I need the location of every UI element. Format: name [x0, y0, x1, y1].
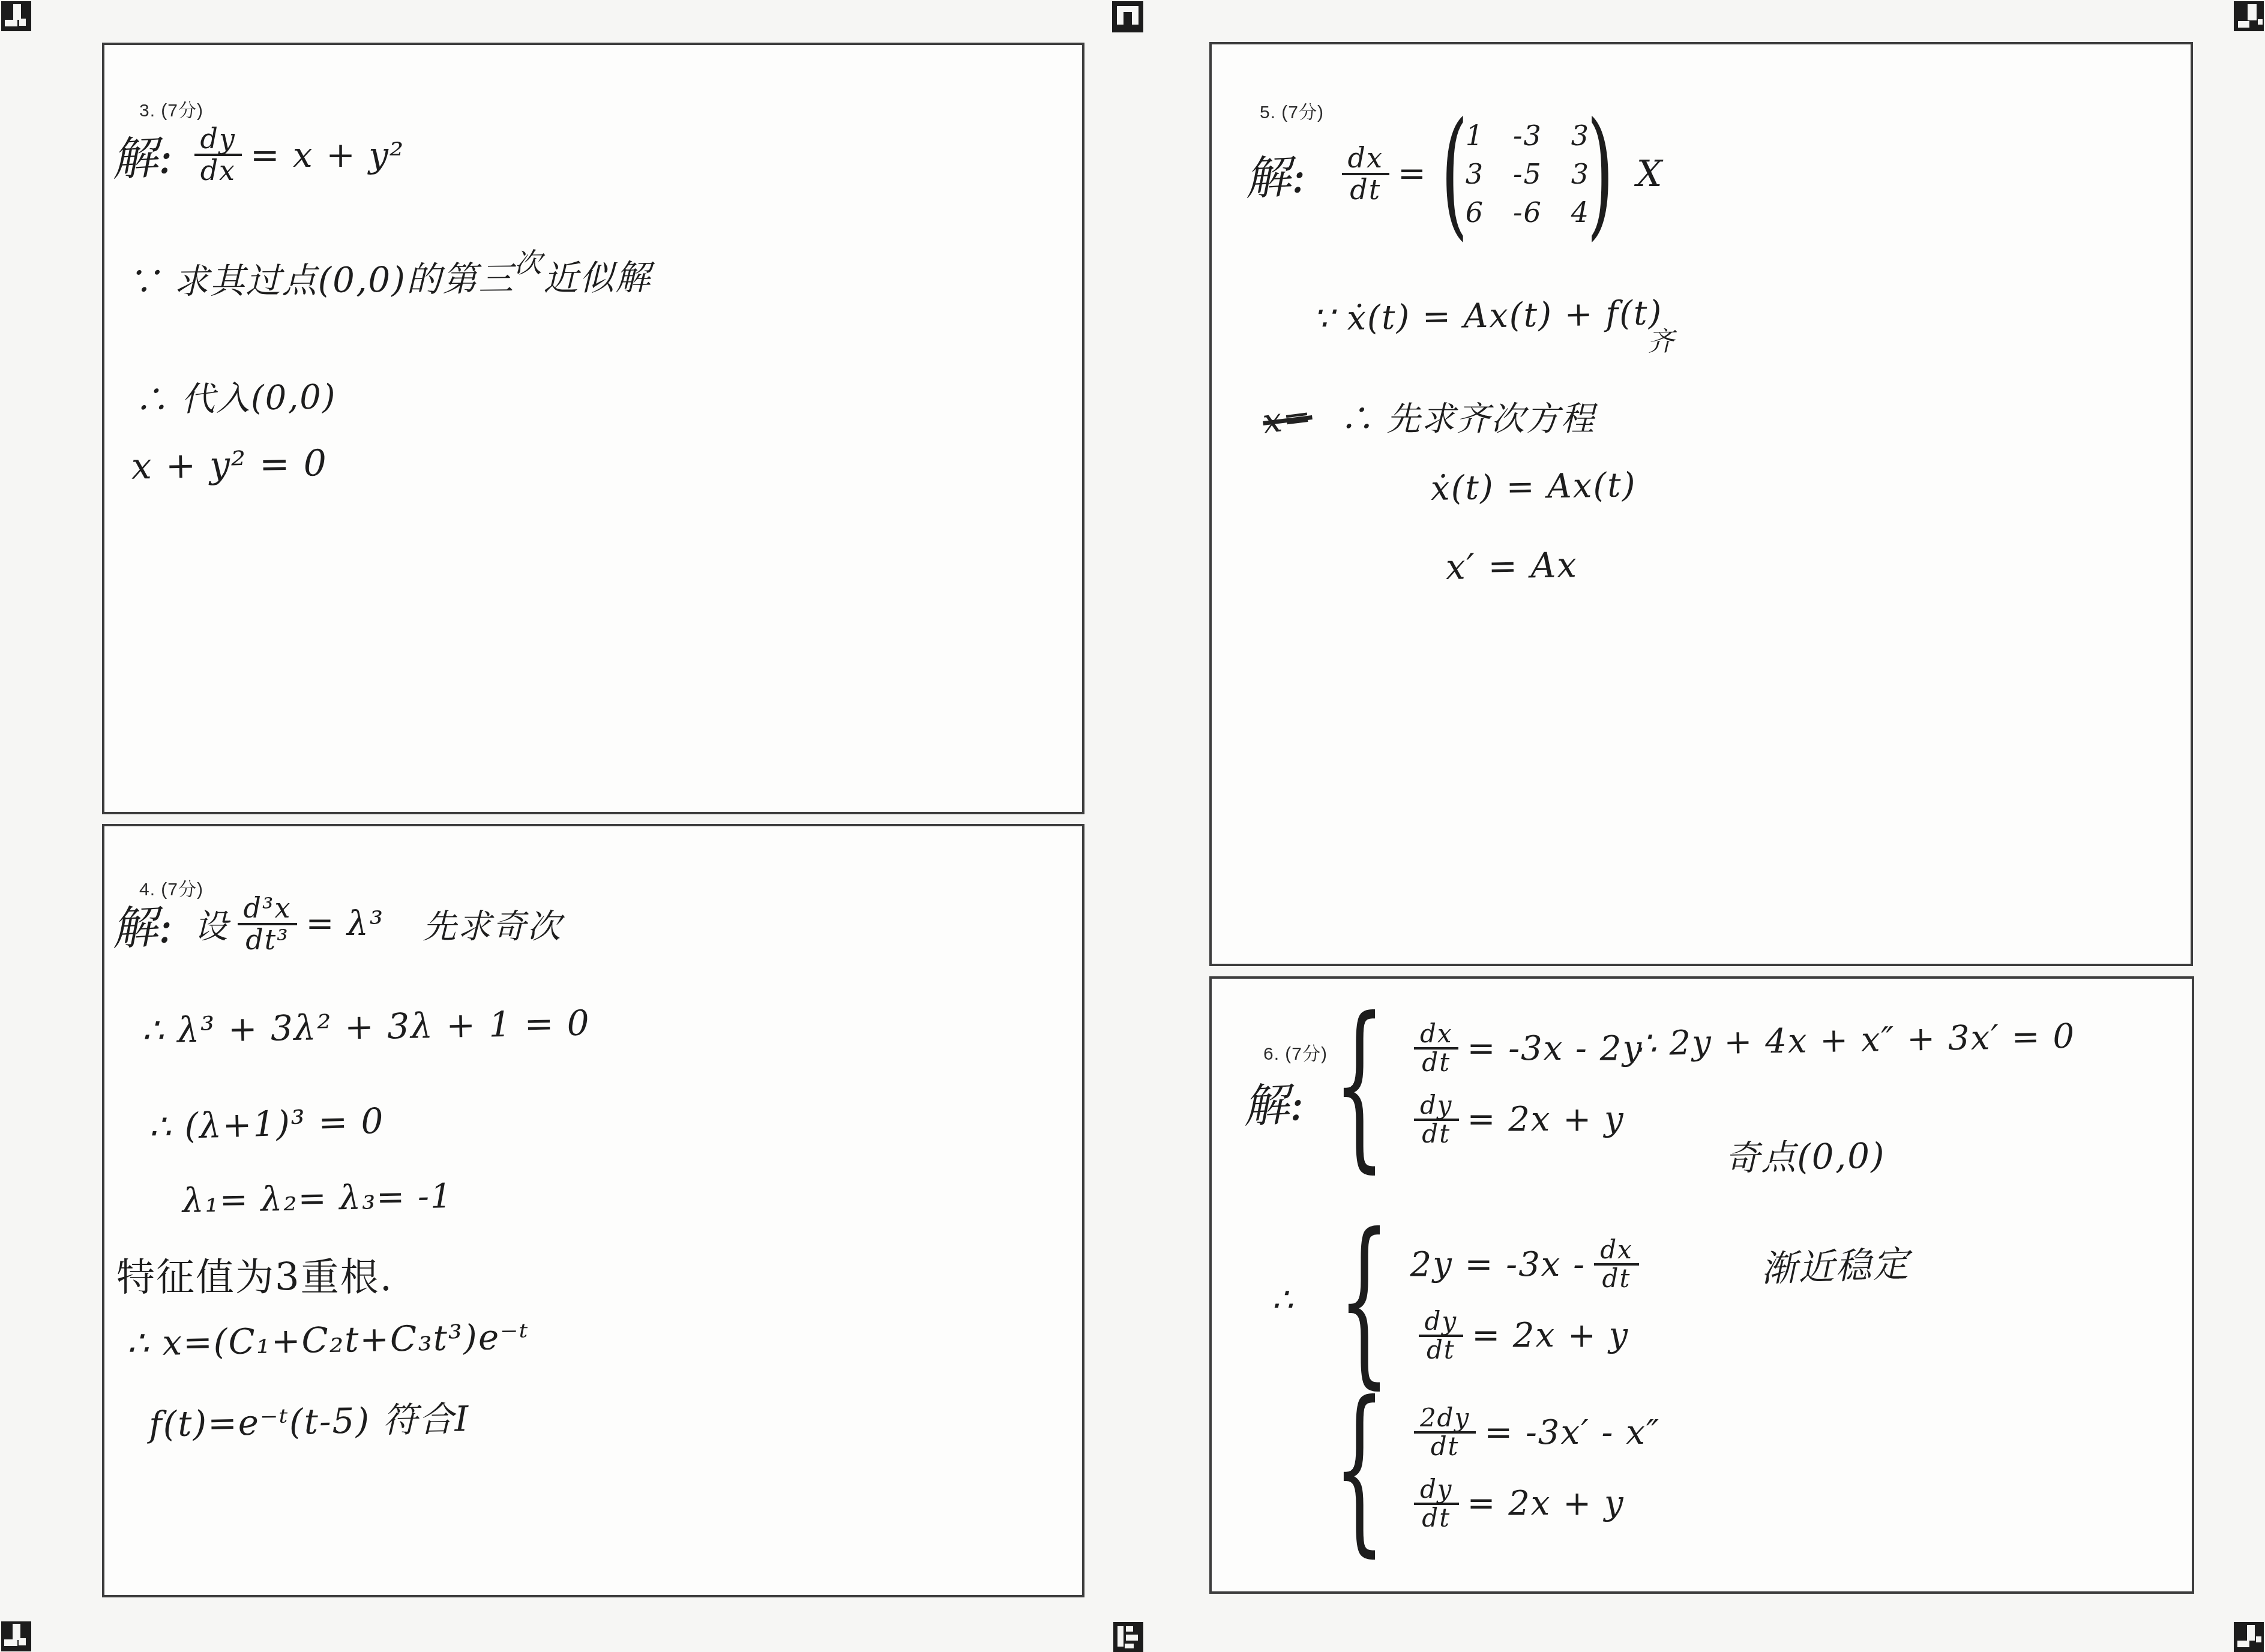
q4-line-factored: ∴ (λ+1)³ = 0 — [148, 1101, 385, 1147]
q6-line-stability: 渐近稳定 — [1760, 1236, 1911, 1293]
q5-matrix-right-paren: ) — [1587, 112, 1614, 236]
q5-x-vector: X — [1637, 153, 1664, 195]
q6-line-singular-point: 奇点(0,0) — [1724, 1128, 1886, 1181]
q6-sys3-eq1: 2dydt = -3x′ - x″ — [1406, 1405, 1660, 1460]
answer-box-q3: 3. (7分) 解: dy dx = x + y² ∵ 求其过点(0,0)的第三… — [102, 43, 1084, 814]
q6-sys2-therefore: ∴ — [1272, 1281, 1295, 1320]
q6-system-1: { dxdt = -3x - 2y dydt = 2x + y — [1302, 1008, 1643, 1161]
q5-line-homogeneous: ẋ(t) = Ax(t) — [1430, 466, 1637, 508]
q6-line-result: ∴ 2y + 4x + x″ + 3x′ = 0 — [1634, 1017, 2075, 1064]
q4-char-sub: = λ³ — [305, 904, 384, 943]
qr-fiducial-marker-bottom-left — [1, 1621, 31, 1651]
qr-fiducial-marker-top-right — [2234, 1, 2264, 31]
qr-fiducial-marker-top-left — [1, 1, 31, 31]
q6-system-2: ∴ { 2y = -3x - dxdt dydt = 2x + y — [1272, 1224, 1647, 1377]
q6-sys2-eq1: 2y = -3x - dxdt — [1410, 1237, 1647, 1292]
q3-line-equation: 解: dy dx = x + y² — [112, 122, 405, 187]
q6-jie-mark: 解: — [1241, 1067, 1305, 1135]
q3-jie-mark: 解: — [110, 120, 174, 188]
q5-jie-mark: 解: — [1243, 139, 1307, 208]
q5-equals: = — [1398, 154, 1427, 193]
qr-fiducial-marker-bottom-right — [2234, 1622, 2264, 1652]
q3-fraction-dy-dx: dy dx — [194, 124, 242, 185]
qr-fiducial-marker-top-middle — [1112, 1, 1143, 32]
q6-system-3: { 2dydt = -3x′ - x″ dydt = 2x + y — [1302, 1392, 1660, 1545]
q3-line-condition: ∵ 求其过点(0,0)的第三次近似解 — [125, 249, 652, 304]
q4-line-ft: f(t)=e⁻ᵗ(t-5) 符合I — [148, 1390, 470, 1446]
q5-coefficient-matrix: 1-33 3-53 6-64 — [1466, 119, 1590, 229]
q6-sys3-brace: { — [1334, 1392, 1386, 1545]
q4-line-general-solution: ∴ x=(C₁+C₂t+C₃t³)e⁻ᵗ — [126, 1316, 529, 1364]
answer-box-q4: 4. (7分) 解: 设 d³x dt³ = λ³ 先求奇次 ∴ λ³ + 3λ… — [102, 824, 1084, 1597]
q5-qi-annotation: 齐 — [1647, 326, 1676, 358]
q4-fraction-d3x-dt3: d³x dt³ — [238, 894, 298, 954]
q3-line-substitute: ∴ 代入(0,0) — [134, 370, 337, 422]
scanned-answer-sheet: 3. (7分) 解: dy dx = x + y² ∵ 求其过点(0,0)的第三… — [0, 0, 2265, 1652]
q5-line-step: x=∴ 先求齐次方程 — [1263, 392, 1595, 440]
q6-sys1-brace: { — [1334, 1008, 1386, 1161]
q4-jie-mark: 解: — [110, 889, 174, 958]
q3-inserted-char: 次 — [514, 247, 543, 279]
q6-sys2-brace: { — [1338, 1224, 1391, 1377]
q3-line-result: x + y² = 0 — [131, 442, 328, 488]
q6-sys1-eq1: dxdt = -3x - 2y — [1406, 1021, 1643, 1076]
q6-sys1-eq2: dydt = 2x + y — [1406, 1092, 1643, 1147]
answer-box-q5: 5. (7分) 解: dx dt = ( 1-33 3-53 6-64 ) X … — [1209, 42, 2193, 966]
q5-line-nonhomogeneous: ∵ ẋ(t) = Ax(t) + f(t)齐 — [1312, 293, 1674, 339]
q3-equation-rhs: = x + y² — [250, 134, 405, 175]
q4-line-root-note: 特征值为3重根. — [116, 1246, 393, 1302]
q5-fraction-dx-dt: dx dt — [1342, 143, 1389, 204]
answer-box-q6: 6. (7分) 解: { dxdt = -3x - 2y dydt = 2x +… — [1209, 976, 2194, 1594]
q4-note: 先求奇次 — [423, 900, 562, 948]
question-label-q3: 3. (7分) — [139, 95, 203, 122]
q4-line-setup: 解: 设 d³x dt³ = λ³ 先求奇次 — [112, 891, 562, 957]
q5-line-system: 解: dx dt = ( 1-33 3-53 6-64 ) X — [1245, 112, 1663, 236]
q5-crossed-out: x= — [1260, 397, 1314, 442]
qr-fiducial-marker-bottom-middle — [1113, 1622, 1143, 1652]
q5-matrix-left-paren: ( — [1441, 112, 1469, 236]
q6-sys3-eq2: dydt = 2x + y — [1406, 1476, 1660, 1531]
q6-sys2-eq2: dydt = 2x + y — [1410, 1308, 1647, 1363]
q4-line-roots: λ₁= λ₂= λ₃= -1 — [182, 1177, 453, 1221]
q4-line-char-eq: ∴ λ³ + 3λ² + 3λ + 1 = 0 — [141, 1002, 591, 1051]
q4-she: 设 — [194, 900, 229, 948]
q5-line-xprime: x′ = Ax — [1445, 544, 1578, 587]
